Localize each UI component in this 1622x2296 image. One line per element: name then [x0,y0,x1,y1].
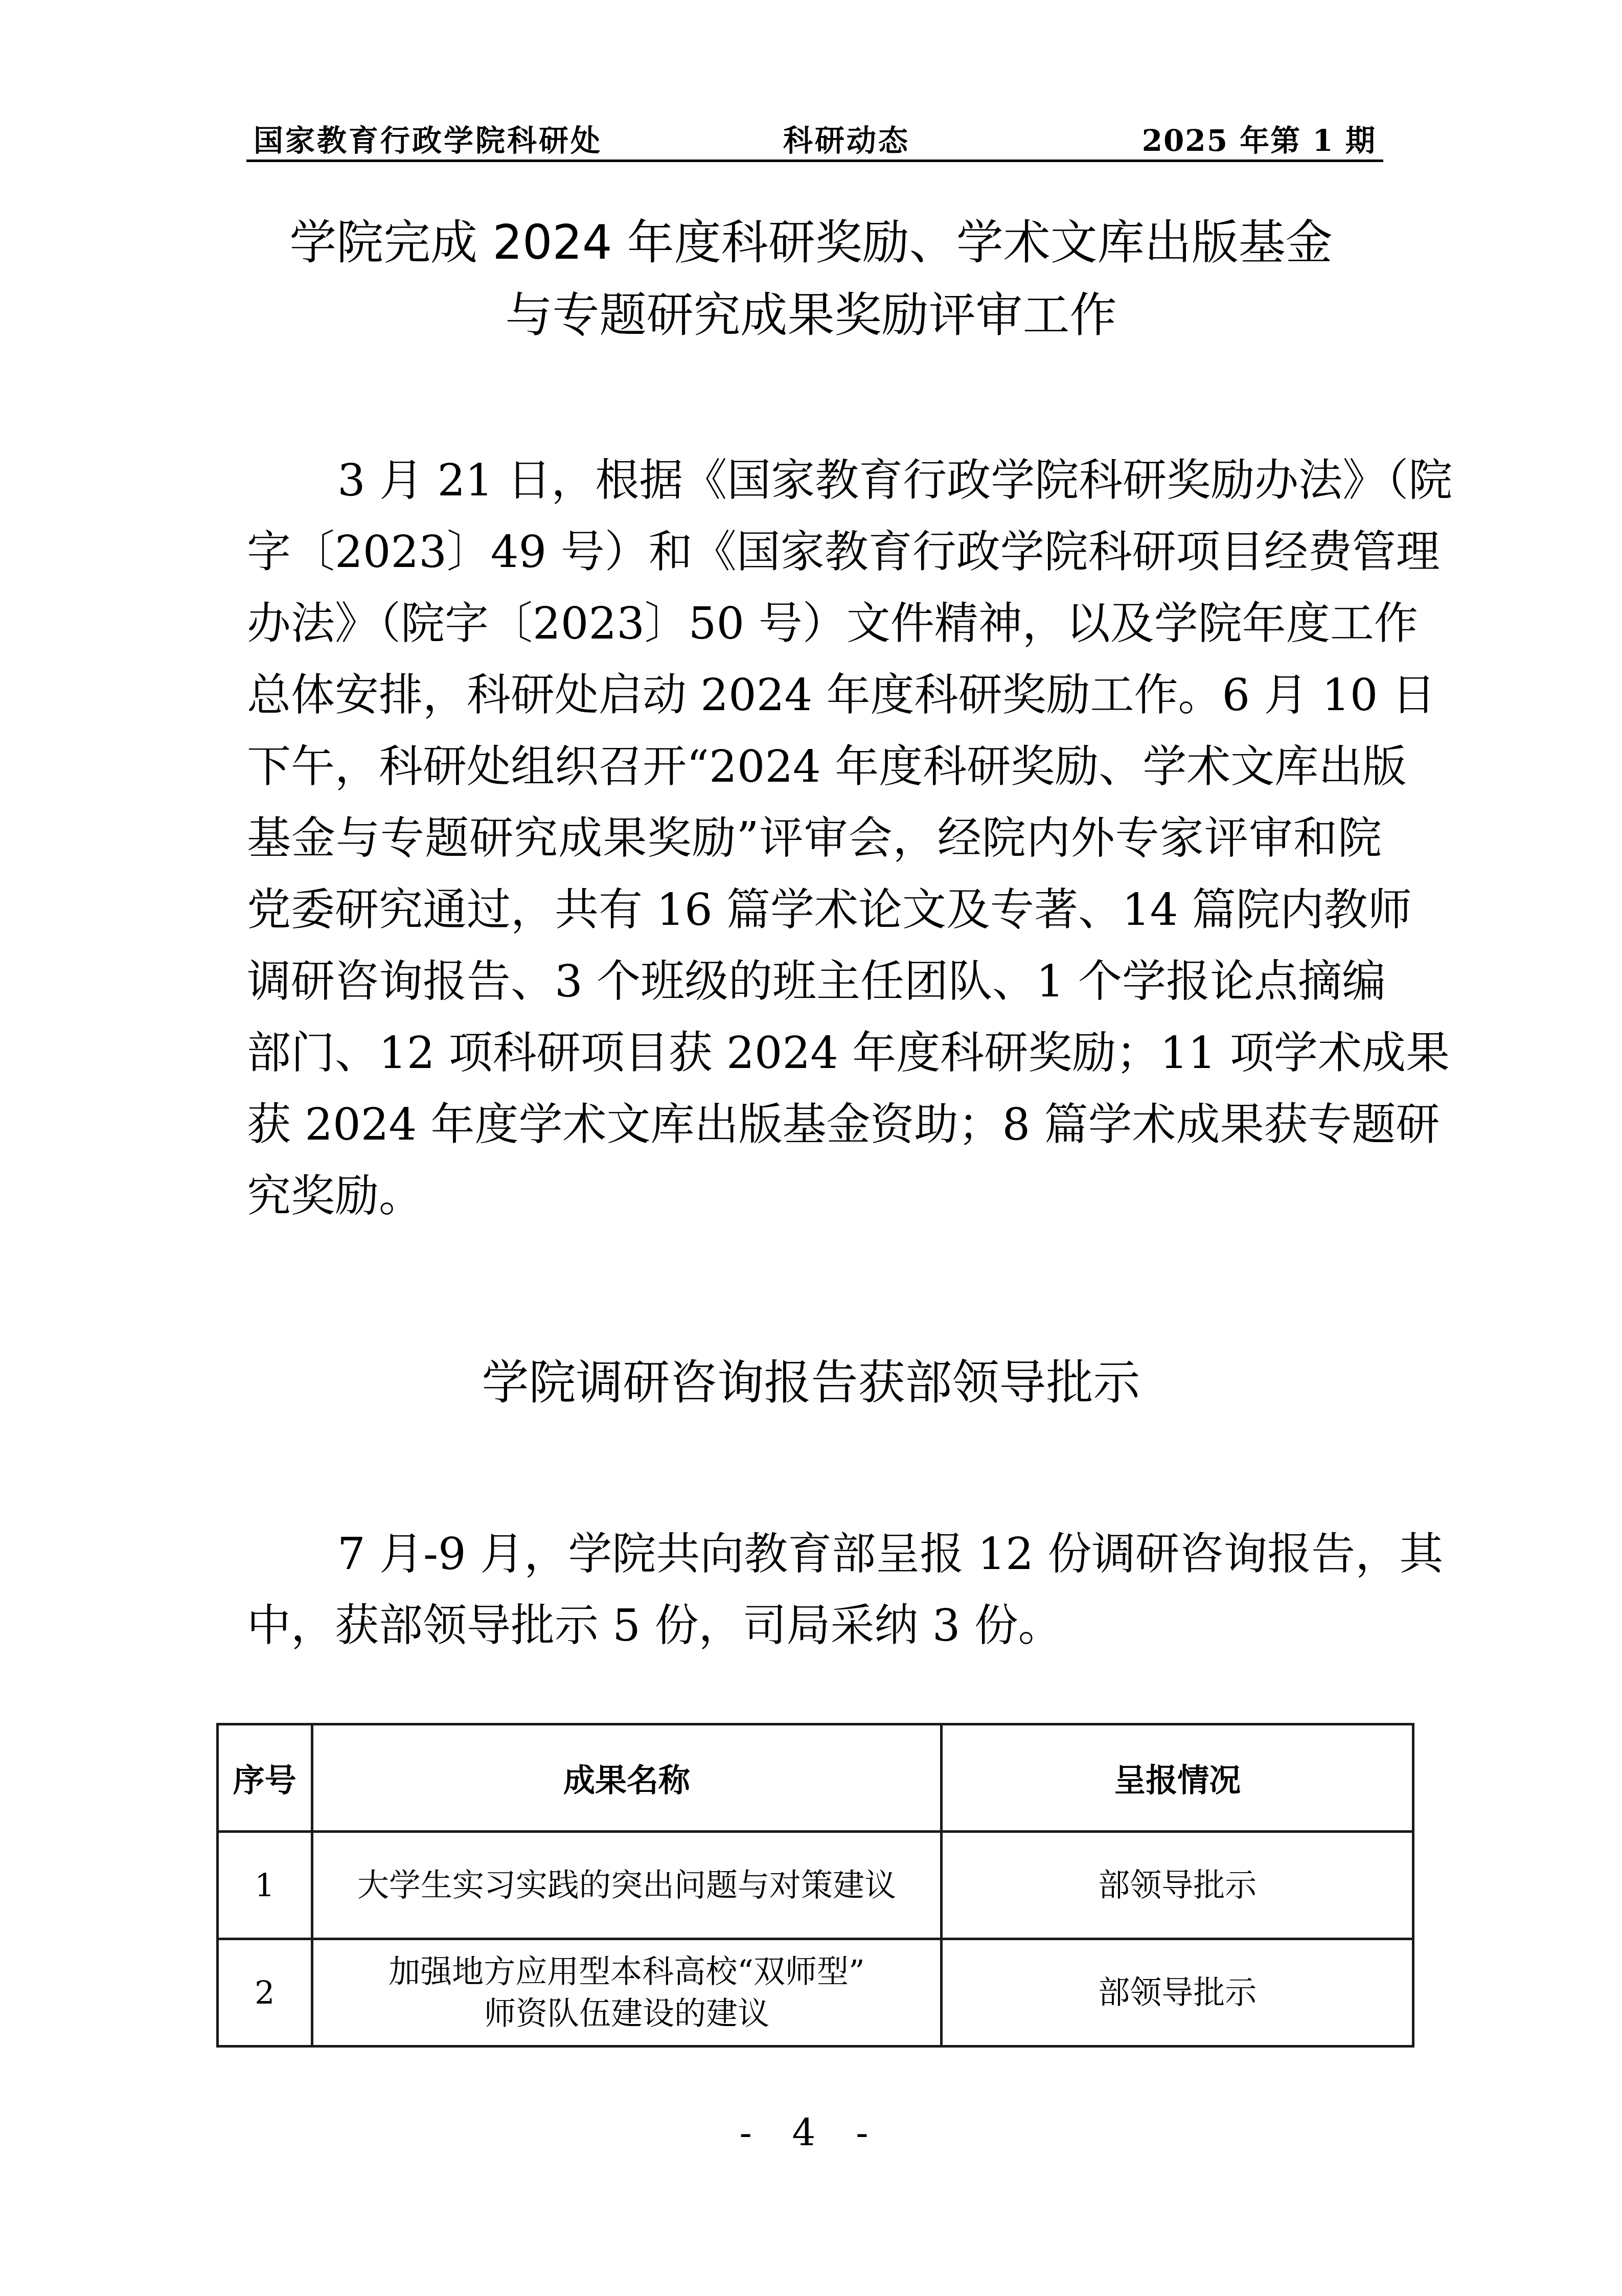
page-number: - 4 - [0,2111,1622,2154]
paragraph-line: 中，获部领导批示 5 份，司局采纳 3 份。 [247,1598,1382,1654]
table-header-row: 序号 成果名称 呈报情况 [218,1724,1413,1832]
article-title-line-1: 学院完成 2024 年度科研奖励、学术文库出版基金 [0,215,1622,271]
header-result-name: 成果名称 [312,1724,942,1832]
paragraph-line: 办法》（院字〔2023〕50 号）文件精神，以及学院年度工作 [247,596,1382,652]
cell-submission-status: 部领导批示 [942,1832,1413,1939]
paragraph-line: 部门、12 项科研项目获 2024 年度科研奖励；11 项学术成果 [247,1025,1382,1081]
cell-submission-status: 部领导批示 [942,1939,1413,2047]
cell-result-name: 大学生实习实践的突出问题与对策建议 [312,1832,942,1939]
paragraph-line: 获 2024 年度学术文库出版基金资助；8 篇学术成果获专题研 [247,1097,1382,1153]
section-title: 学院调研咨询报告获部领导批示 [0,1355,1622,1411]
header-rule [246,160,1383,162]
results-table: 序号 成果名称 呈报情况 1 大学生实习实践的突出问题与对策建议 部领导批示 2… [216,1723,1414,2048]
result-name-line: 师资队伍建设的建议 [313,1993,941,2035]
table-row: 2 加强地方应用型本科高校“双师型” 师资队伍建设的建议 部领导批示 [218,1939,1413,2047]
paragraph-line: 3 月 21 日，根据《国家教育行政学院科研奖励办法》（院 [337,452,1382,509]
paragraph-line: 总体安排，科研处启动 2024 年度科研奖励工作。6 月 10 日 [247,667,1382,723]
header-serial-number: 序号 [218,1724,312,1832]
header-organization: 国家教育行政学院科研处 [254,117,602,160]
cell-result-name: 加强地方应用型本科高校“双师型” 师资队伍建设的建议 [312,1939,942,2047]
cell-serial-number: 2 [218,1939,312,2047]
document-page: 国家教育行政学院科研处 科研动态 2025 年第 1 期 学院完成 2024 年… [0,0,1622,2296]
paragraph-line: 7 月-9 月，学院共向教育部呈报 12 份调研咨询报告，其 [337,1526,1382,1582]
paragraph-line: 党委研究通过，共有 16 篇学术论文及专著、14 篇院内教师 [247,882,1382,938]
result-name-line: 加强地方应用型本科高校“双师型” [313,1951,941,1993]
paragraph-line: 字〔2023〕49 号）和《国家教育行政学院科研项目经费管理 [247,524,1382,580]
article-title-line-2: 与专题研究成果奖励评审工作 [0,287,1622,344]
cell-serial-number: 1 [218,1832,312,1939]
header-submission-status: 呈报情况 [942,1724,1413,1832]
result-name-line: 大学生实习实践的突出问题与对策建议 [313,1865,941,1906]
paragraph-line: 下午，科研处组织召开“2024 年度科研奖励、学术文库出版 [247,739,1382,795]
page-header: 国家教育行政学院科研处 科研动态 2025 年第 1 期 [246,117,1382,157]
header-publication: 科研动态 [783,117,910,160]
paragraph-line: 基金与专题研究成果奖励”评审会，经院内外专家评审和院 [247,810,1382,867]
paragraph-line: 究奖励。 [247,1168,1382,1224]
paragraph-line: 调研咨询报告、3 个班级的班主任团队、1 个学报论点摘编 [247,953,1382,1010]
header-issue: 2025 年第 1 期 [1142,117,1376,160]
table-row: 1 大学生实习实践的突出问题与对策建议 部领导批示 [218,1832,1413,1939]
